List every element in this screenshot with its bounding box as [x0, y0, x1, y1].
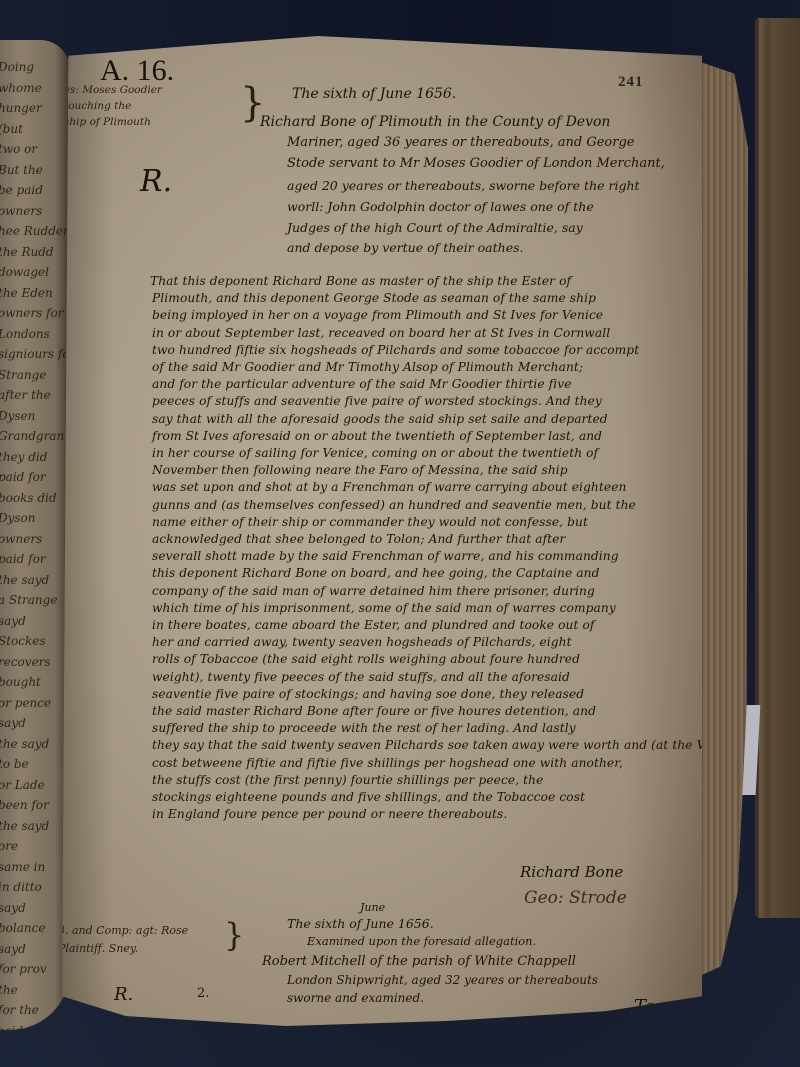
left-page-fragment: they did	[0, 450, 47, 462]
adjacent-volume	[755, 18, 800, 918]
left-page-fragment: Dyson	[0, 511, 36, 523]
entry-date: The sixth of June 1656.	[292, 86, 456, 102]
heading-line: and depose by vertue of their oathes.	[287, 240, 524, 255]
left-page-fragment: Strange	[0, 368, 46, 380]
left-page-fragment: the	[0, 983, 18, 995]
left-page-fragment: sayd	[0, 901, 26, 913]
signature-geo-strode: Geo: Strode	[524, 888, 627, 908]
body-line: weight), twenty five peeces of the said …	[152, 670, 570, 684]
left-page: Doingwhomehunger(buttwo orBut thebe paid…	[0, 40, 70, 1030]
left-page-fragment: hee Rudder	[0, 224, 69, 236]
body-line: the said master Richard Bone after foure…	[152, 704, 596, 718]
body-line: severall shott made by the said Frenchma…	[152, 549, 619, 563]
entry2-heading-line: Robert Mitchell of the parish of White C…	[262, 954, 576, 969]
left-page-fragment: for the	[0, 1003, 39, 1015]
heading-line: Judges of the high Court of the Admiralt…	[287, 220, 583, 235]
margin-note-line: touching the	[64, 100, 131, 112]
left-page-fragment: dowagel	[0, 265, 49, 277]
body-line: Plimouth, and this deponent George Stode…	[152, 291, 596, 305]
left-page-fragment: Londons	[0, 327, 50, 339]
body-line: November then following neare the Faro o…	[152, 463, 568, 477]
margin-note-line: ship of Plimouth	[64, 116, 151, 128]
manuscript-page: A. 16. 241 vs: Moses Goodier touching th…	[62, 36, 702, 1026]
body-line: the stuffs cost (the first penny) fourti…	[152, 773, 543, 787]
left-page-fragment: signiours for	[0, 347, 70, 359]
left-page-fragment: books did	[0, 491, 57, 503]
left-page-fragment: said	[0, 1024, 23, 1031]
left-page-fragment: for prov	[0, 962, 47, 974]
left-page-fragment: Dysen	[0, 409, 35, 421]
entry2-heading-line: London Shipwright, aged 32 yeares or the…	[287, 973, 598, 987]
folio-reference: A. 16.	[100, 54, 174, 88]
body-line: stockings eighteene pounds and five shil…	[152, 790, 585, 804]
left-page-fragment: been for	[0, 798, 49, 810]
left-page-fragment: Doing	[0, 60, 34, 72]
entry2-subtitle: Examined upon the foresaid allegation.	[307, 934, 536, 948]
left-page-fragment: owners	[0, 204, 42, 216]
left-page-fragment: sayd	[0, 942, 26, 954]
left-page-fragment: to be	[0, 757, 29, 769]
left-page-fragment: sayd	[0, 614, 26, 626]
margin-note-line: vs: Moses Goodier	[64, 84, 162, 96]
heading-line: aged 20 yeares or thereabouts, sworne be…	[287, 178, 640, 193]
body-line: company of the said man of warre detaine…	[152, 584, 595, 598]
entry2-heading-line: sworne and examined.	[287, 991, 424, 1005]
left-page-fragment: two or	[0, 142, 37, 154]
body-line: That this deponent Richard Bone as maste…	[150, 274, 571, 288]
body-line: in her course of sailing for Venice, com…	[152, 446, 598, 460]
left-page-fragment: same in	[0, 860, 45, 872]
left-page-fragment: Stockes	[0, 634, 46, 646]
left-page-fragment: paid for	[0, 552, 46, 564]
body-line: this deponent Richard Bone on board, and…	[152, 566, 600, 580]
body-line: gunns and (as themselves confessed) an h…	[152, 498, 636, 512]
page-number: 241	[618, 74, 644, 91]
left-page-fragment: hunger	[0, 101, 42, 113]
brace-mark: }	[224, 916, 244, 954]
lower-margin-note-line: 3. and Comp: agt: Rose	[58, 924, 188, 937]
left-page-fragment: bolance	[0, 921, 45, 933]
left-page-fragment: sayd	[0, 716, 26, 728]
left-page-fragment: be paid	[0, 183, 43, 195]
body-line: being imployed in her on a voyage from P…	[152, 308, 603, 322]
left-page-fragment: the Eden	[0, 286, 53, 298]
left-page-fragment: or Lade	[0, 778, 45, 790]
left-page-fragment: owners for	[0, 306, 63, 318]
body-line: of the said Mr Goodier and Mr Timothy Al…	[152, 360, 583, 374]
left-page-fragment: the sayd	[0, 573, 49, 585]
signature-richard-bone: Richard Bone	[520, 863, 623, 881]
left-page-fragment: the Rudd	[0, 245, 54, 257]
date-correction: June	[360, 901, 385, 914]
registration-mark: R.	[114, 984, 133, 1005]
body-line: rolls of Tobaccoe (the said eight rolls …	[152, 652, 580, 666]
heading-line: worll: John Godolphin doctor of lawes on…	[287, 199, 594, 214]
left-page-fragment: But the	[0, 163, 43, 175]
left-page-fragment: whome	[0, 81, 42, 93]
left-page-fragment: (but	[0, 122, 23, 134]
body-line: they say that the said twenty seaven Pil…	[152, 738, 743, 752]
heading-line: Richard Bone of Plimouth in the County o…	[260, 114, 610, 130]
lower-margin-note-line: Plaintiff. Sney.	[58, 942, 138, 955]
body-line: seaventie five paire of stockings; and h…	[152, 687, 584, 701]
left-page-fragment: or pence	[0, 696, 51, 708]
left-page-fragment: a Strange	[0, 593, 57, 605]
adjacent-volume-edge	[759, 18, 769, 918]
body-line: say that with all the aforesaid goods th…	[152, 412, 608, 426]
left-page-fragment: in ditto	[0, 880, 42, 892]
body-line: peeces of stuffs and seaventie five pair…	[152, 394, 602, 408]
body-line: in there boates, came aboard the Ester, …	[152, 618, 595, 632]
body-line: her and carried away, twenty seaven hogs…	[152, 635, 572, 649]
heading-line: Mariner, aged 36 yeares or thereabouts, …	[287, 135, 634, 150]
body-line: name either of their ship or commander t…	[152, 515, 588, 529]
left-page-fragment: recovers	[0, 655, 51, 667]
left-page-fragment: owners	[0, 532, 42, 544]
body-line: was set upon and shot at by a Frenchman …	[152, 480, 626, 494]
body-line: in England foure pence per pound or neer…	[152, 807, 507, 821]
left-page-fragment: the sayd	[0, 819, 49, 831]
left-page-fragment: bought	[0, 675, 41, 687]
entry-number: 2.	[197, 986, 209, 1001]
heading-line: Stode servant to Mr Moses Goodier of Lon…	[287, 156, 665, 171]
body-line: and for the particular adventure of the …	[152, 377, 572, 391]
left-page-fragment: ore	[0, 839, 18, 851]
body-line: which time of his imprisonment, some of …	[152, 601, 616, 615]
body-line: cost betweene fiftie and fiftie five shi…	[152, 756, 623, 770]
left-page-fragment: Grandgran	[0, 429, 64, 441]
body-line: from St Ives aforesaid on or about the t…	[152, 429, 602, 443]
body-line: suffered the ship to proceede with the r…	[152, 721, 576, 735]
body-line: in or about September last, receaved on …	[152, 326, 610, 340]
entry2-date: The sixth of June 1656.	[287, 916, 434, 931]
body-line: acknowledged that shee belonged to Tolon…	[152, 532, 565, 546]
left-page-fragment: the sayd	[0, 737, 49, 749]
body-line: two hundred fiftie six hogsheads of Pilc…	[152, 343, 639, 357]
registration-mark: R.	[140, 164, 172, 199]
left-page-fragment: after the	[0, 388, 51, 400]
left-page-fragment: paid for	[0, 470, 46, 482]
